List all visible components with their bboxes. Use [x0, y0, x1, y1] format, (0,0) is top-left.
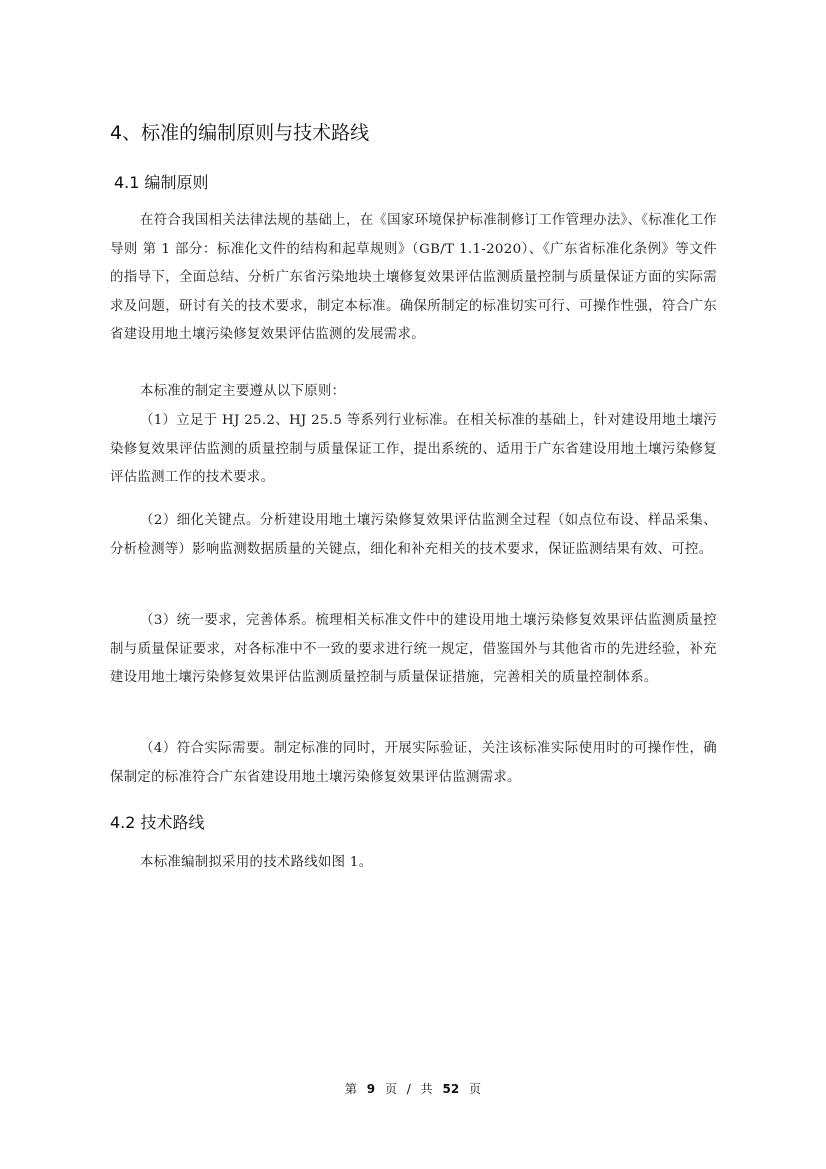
paragraph-principle-1: （1）立足于 HJ 25.2、HJ 25.5 等系列行业标准。在相关标准的基础上…	[110, 407, 717, 493]
paragraph-principle-3: （3）统一要求，完善体系。梳理相关标准文件中的建设用地土壤污染修复效果评估监测质…	[110, 607, 717, 693]
paragraph-principle-4: （4）符合实际需要。制定标准的同时，开展实际验证，关注该标准实际使用时的可操作性…	[110, 735, 717, 792]
footer-page-unit: 页	[385, 1082, 397, 1096]
subsection-heading-4-1: 4.1 编制原则	[114, 172, 209, 194]
section-heading: 4、标准的编制原则与技术路线	[110, 120, 369, 146]
paragraph-principles-lead: 本标准的制定主要遵从以下原则：	[110, 378, 717, 407]
footer-prefix: 第	[345, 1082, 357, 1096]
paragraph-intro: 在符合我国相关法律法规的基础上，在《国家环境保护标准制修订工作管理办法》、《标准…	[110, 207, 717, 350]
paragraph-tech-route: 本标准编制拟采用的技术路线如图 1。	[110, 849, 717, 878]
footer-total-unit: 页	[469, 1082, 481, 1096]
total-pages-number: 52	[443, 1082, 460, 1096]
footer-total-prefix: 共	[421, 1082, 433, 1096]
footer-separator: /	[407, 1082, 411, 1096]
page-footer: 第 9 页 / 共 52 页	[0, 1080, 826, 1097]
document-page: 4、标准的编制原则与技术路线 4.1 编制原则 在符合我国相关法律法规的基础上，…	[0, 0, 826, 1169]
subsection-heading-4-2: 4.2 技术路线	[110, 812, 205, 834]
current-page-number: 9	[367, 1082, 375, 1096]
paragraph-principle-2: （2）细化关键点。分析建设用地土壤污染修复效果评估监测全过程（如点位布设、样品采…	[110, 507, 717, 564]
